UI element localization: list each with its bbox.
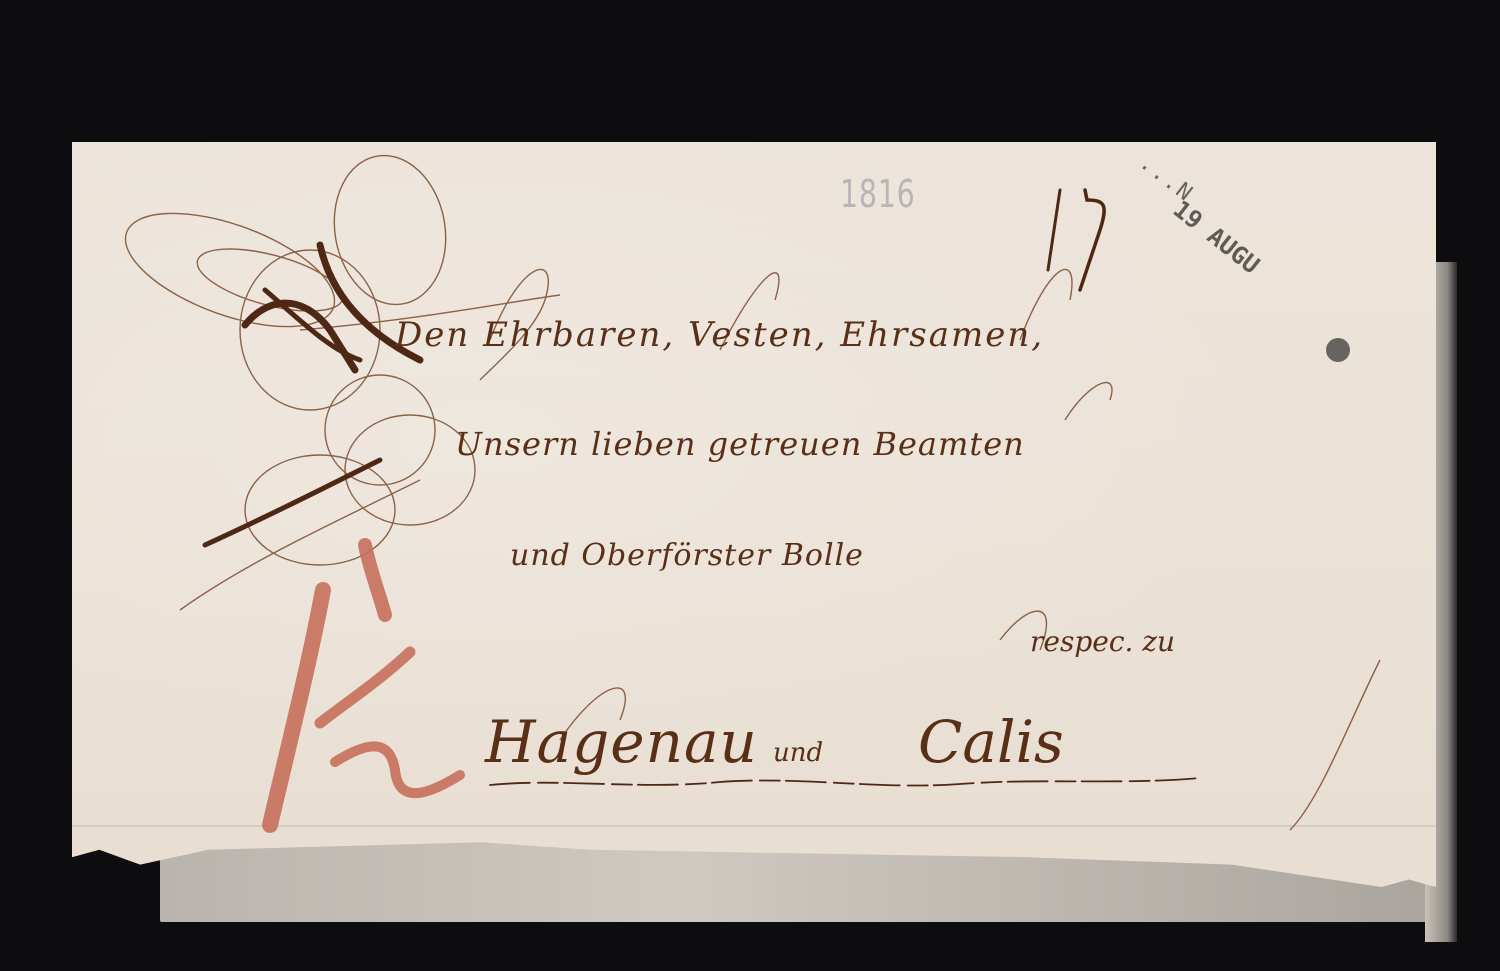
address-line-salutation: Den Ehrbaren, Vesten, Ehrsamen,	[395, 315, 1044, 355]
address-line-respective: respec. zu	[1030, 625, 1175, 658]
address-place-calis: Calis	[918, 708, 1064, 776]
calligraphy-flourishes	[0, 0, 1500, 971]
address-line-title: Unsern lieben getreuen Beamten	[455, 425, 1025, 463]
address-conjunction: und	[773, 738, 823, 768]
